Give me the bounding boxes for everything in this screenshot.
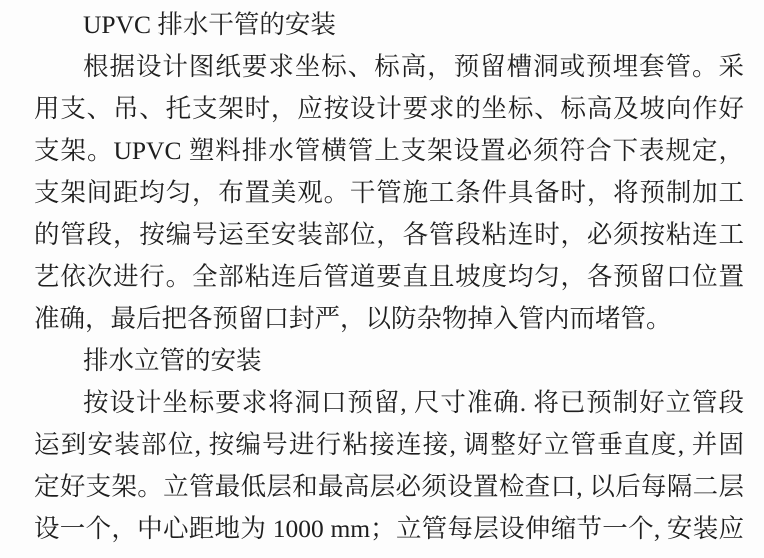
text-line: 按设计坐标要求将洞口预留, 尺寸准确. 将已预制好立管段 xyxy=(34,382,744,424)
paragraph: 根据设计图纸要求坐标、标高，预留槽洞或预埋套管。采用支、吊、托支架时，应按设计要… xyxy=(34,46,744,340)
text-line: 根据设计图纸要求坐标、标高，预留槽洞或预埋套管。采 xyxy=(34,46,744,88)
text-line: 支架间距均匀，布置美观。干管施工条件具备时，将预制加工 xyxy=(34,172,744,214)
text-line: 设一个，中心距地为 1000 mm；立管每层设伸缩节一个, 安装应 xyxy=(34,508,744,550)
text-line: 支架。UPVC 塑料排水管横管上支架设置必须符合下表规定，且 xyxy=(34,130,744,172)
text-line: 准确，最后把各预留口封严，以防杂物掉入管内而堵管。 xyxy=(34,298,744,340)
paragraph: 按设计坐标要求将洞口预留, 尺寸准确. 将已预制好立管段运到安装部位, 按编号进… xyxy=(34,382,744,550)
text-line: 用支、吊、托支架时，应按设计要求的坐标、标高及坡向作好 xyxy=(34,88,744,130)
text-line: 运到安装部位, 按编号进行粘接连接, 调整好立管垂直度, 并固 xyxy=(34,424,744,466)
section-heading: 排水立管的安装 xyxy=(34,340,744,382)
section-heading: UPVC 排水干管的安装 xyxy=(34,4,744,46)
text-line: 排水立管的安装 xyxy=(34,340,744,382)
text-line: 的管段，按编号运至安装部位，各管段粘连时，必须按粘连工 xyxy=(34,214,744,256)
text-line: 定好支架。立管最低层和最高层必须设置检查口, 以后每隔二层 xyxy=(34,466,744,508)
document-page: UPVC 排水干管的安装根据设计图纸要求坐标、标高，预留槽洞或预埋套管。采用支、… xyxy=(0,0,764,558)
text-line: 艺依次进行。全部粘连后管道要直且坡度均匀，各预留口位置 xyxy=(34,256,744,298)
text-line: UPVC 排水干管的安装 xyxy=(34,4,744,46)
